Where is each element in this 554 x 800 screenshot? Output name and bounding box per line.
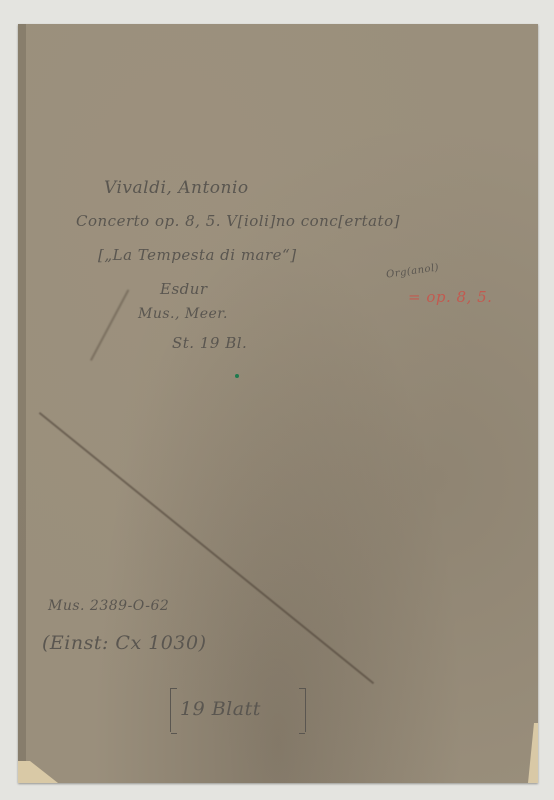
green-ink-dot [235,374,239,378]
margin-note-red: = op. 8, 5. [408,288,492,306]
accession-number: (Einst: Cx 1030) [42,632,206,654]
extent-line: St. 19 Bl. [172,334,247,352]
composer-name: Vivaldi, Antonio [104,178,249,198]
torn-corner-bottom-left [18,761,58,783]
work-subtitle: [„La Tempesta di mare“] [98,246,297,264]
manuscript-cover [18,24,538,783]
format-line: Mus., Meer. [138,306,228,322]
work-title: Concerto op. 8, 5. V[ioli]no conc[ertato… [76,212,400,230]
work-key: Esdur [160,280,208,298]
torn-edge-bottom-right [528,723,538,783]
leaf-count: 19 Blatt [180,698,261,720]
shelfmark: Mus. 2389-O-62 [48,598,169,614]
